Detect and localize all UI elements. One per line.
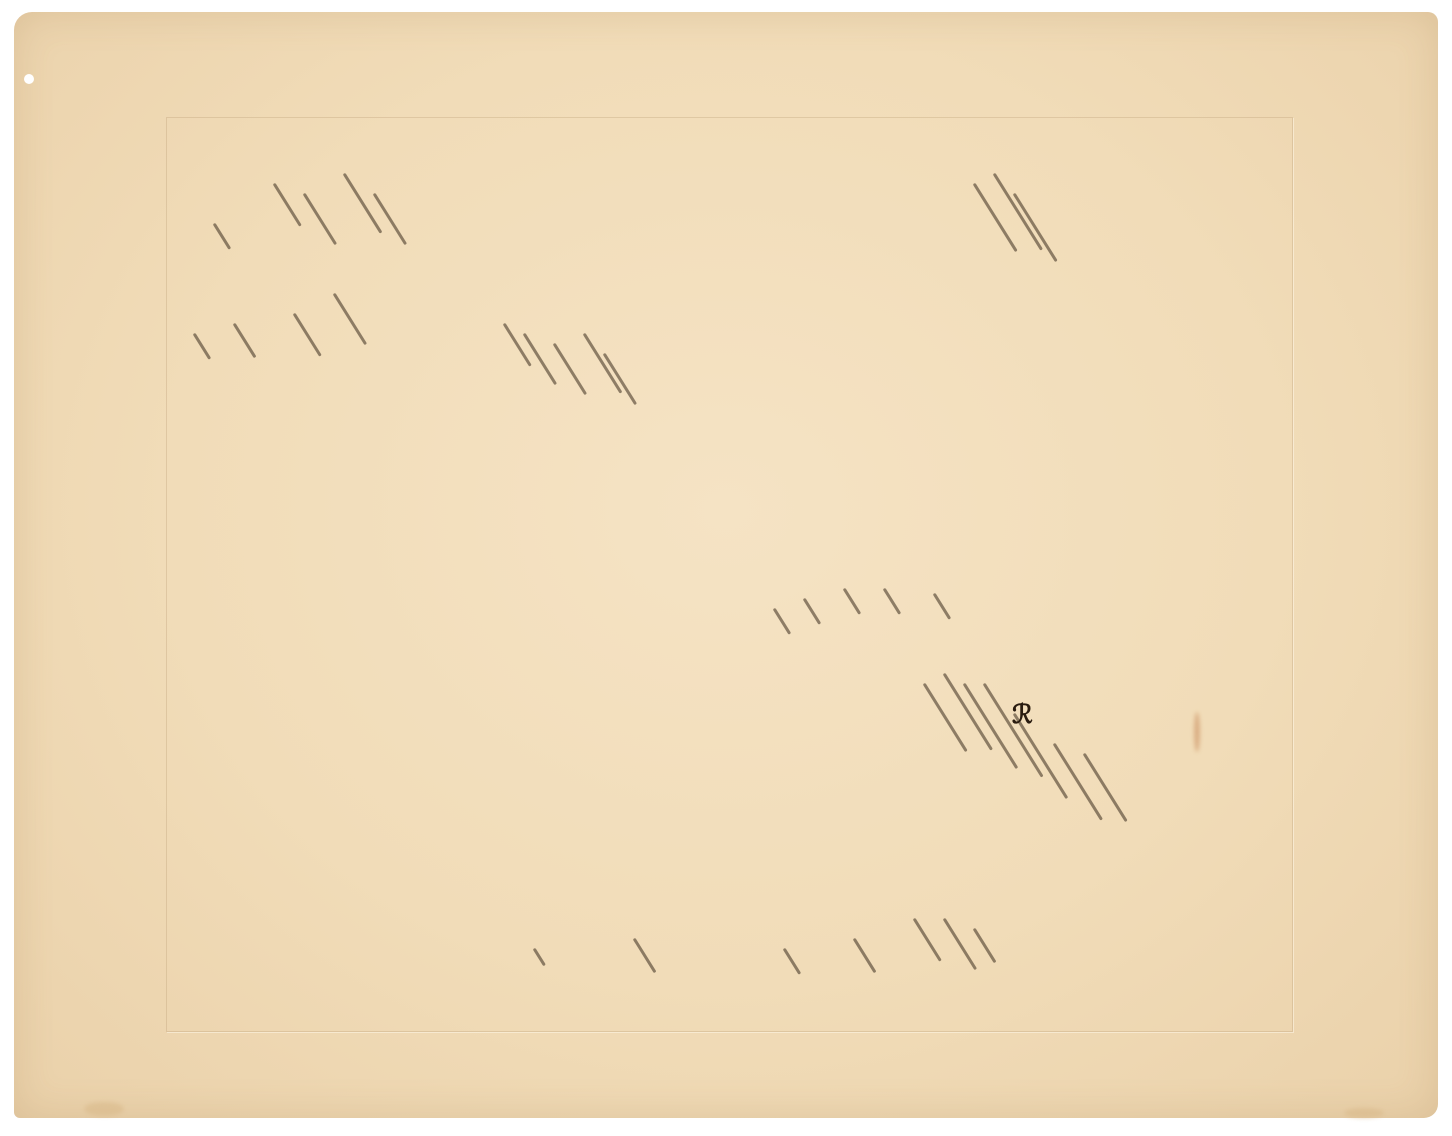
offset-cluster-bottom — [514, 907, 994, 997]
ink-blot: ℛ — [1012, 700, 1033, 730]
paper-sheet: ℛ — [14, 12, 1438, 1118]
offset-cluster-top-center — [494, 312, 654, 442]
rust-spot — [1194, 712, 1200, 752]
offset-cluster-top-right — [954, 162, 1074, 322]
offset-cluster-top-left — [174, 162, 414, 402]
edge-stain — [1344, 1108, 1384, 1118]
edge-notch — [24, 74, 34, 84]
edge-stain — [84, 1102, 124, 1116]
offset-cluster-lower-right: ℛ — [904, 622, 1124, 862]
